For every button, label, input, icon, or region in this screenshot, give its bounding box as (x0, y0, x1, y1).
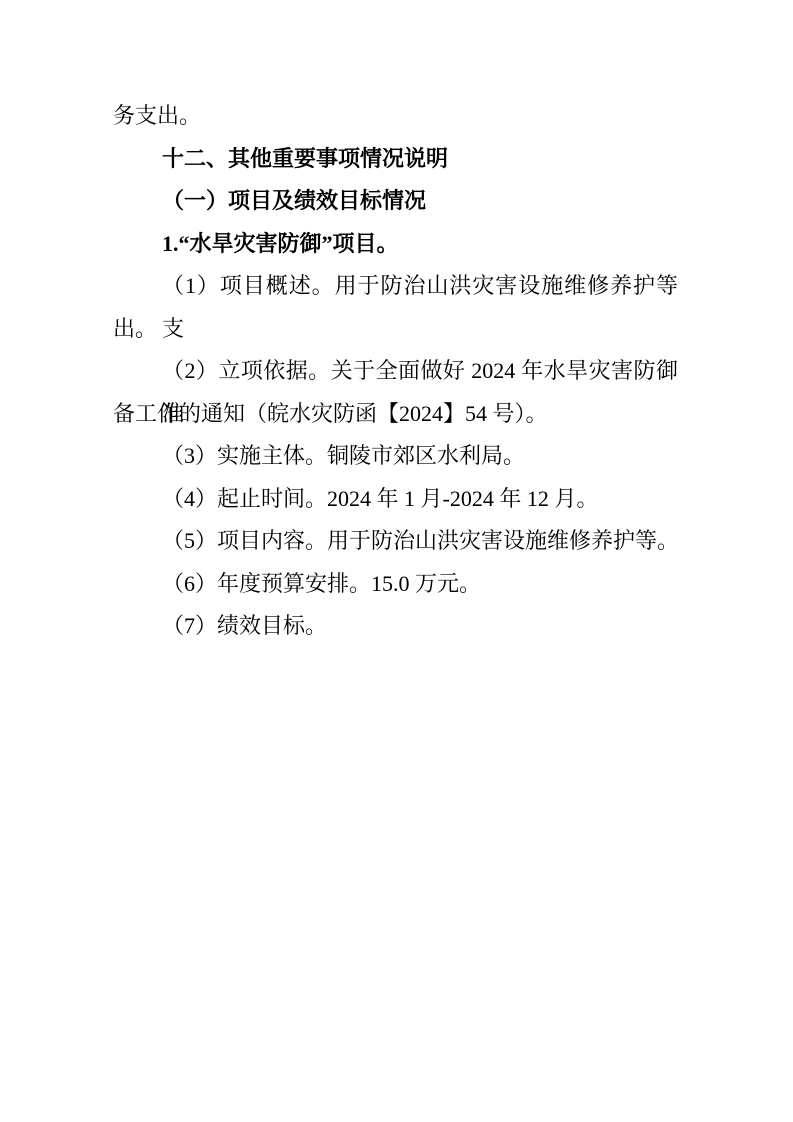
item1-project-overview-line2: 出。 (113, 308, 678, 351)
subsection-heading-project-performance: （一）项目及绩效目标情况 (113, 180, 678, 223)
item7-performance-target: （7）绩效目标。 (113, 605, 678, 648)
item4-time-period: （4）起止时间。2024 年 1 月-2024 年 12 月。 (113, 478, 678, 521)
item6-annual-budget: （6）年度预算安排。15.0 万元。 (113, 563, 678, 606)
project-heading-flood-drought-defense: 1.“水旱灾害防御”项目。 (113, 223, 678, 266)
section-heading-12: 十二、其他重要事项情况说明 (113, 138, 678, 181)
item1-project-overview-line1: （1）项目概述。用于防治山洪灾害设施维修养护等支 (113, 265, 678, 308)
document-text-block: 务支出。 十二、其他重要事项情况说明 （一）项目及绩效目标情况 1.“水旱灾害防… (113, 95, 678, 648)
item2-project-basis-line1: （2）立项依据。关于全面做好 2024 年水旱灾害防御准 (113, 350, 678, 393)
item5-project-content: （5）项目内容。用于防治山洪灾害设施维修养护等。 (113, 520, 678, 563)
document-page: 务支出。 十二、其他重要事项情况说明 （一）项目及绩效目标情况 1.“水旱灾害防… (0, 0, 793, 1122)
body-continuation-line: 务支出。 (113, 95, 678, 138)
item3-implementing-body: （3）实施主体。铜陵市郊区水利局。 (113, 435, 678, 478)
item2-project-basis-line2: 备工作的通知（皖水灾防函【2024】54 号）。 (113, 393, 678, 436)
